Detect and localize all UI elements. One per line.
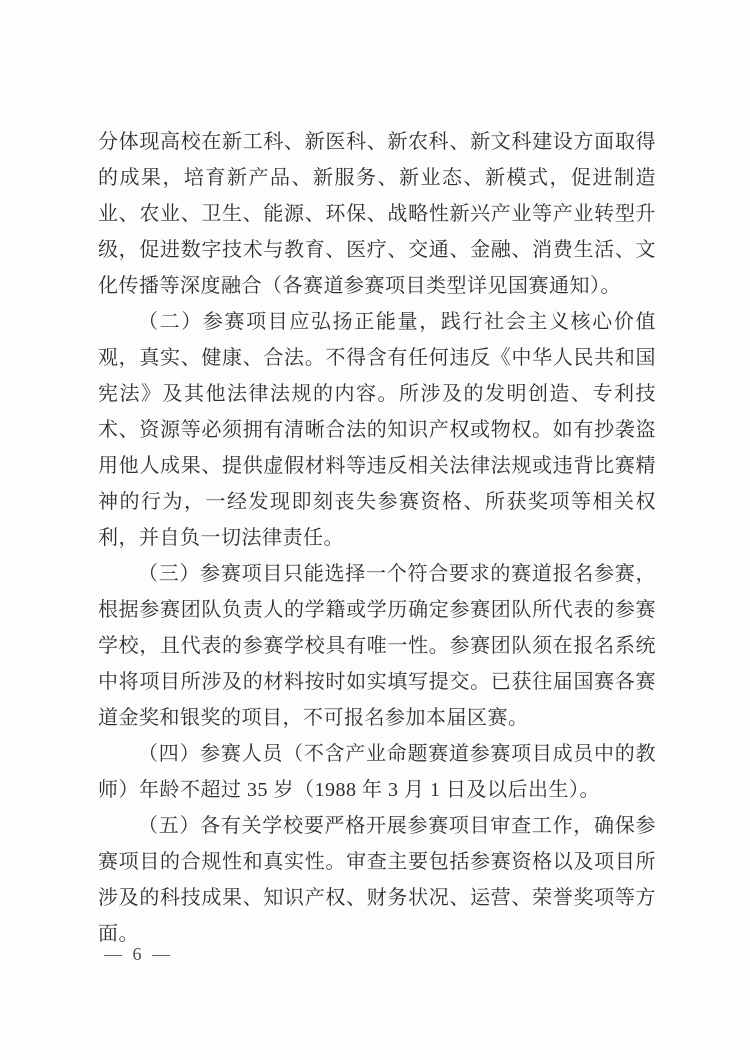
paragraph: 分体现高校在新工科、新医科、新农科、新文科建设方面取得的成果，培育新产品、新服务… bbox=[98, 124, 656, 304]
page-number: — 6 — bbox=[104, 938, 173, 970]
document-body: 分体现高校在新工科、新医科、新农科、新文科建设方面取得的成果，培育新产品、新服务… bbox=[98, 124, 656, 952]
paragraph: （三）参赛项目只能选择一个符合要求的赛道报名参赛，根据参赛团队负责人的学籍或学历… bbox=[98, 556, 656, 736]
document-page: 分体现高校在新工科、新医科、新农科、新文科建设方面取得的成果，培育新产品、新服务… bbox=[0, 0, 750, 1060]
paragraph: （二）参赛项目应弘扬正能量，践行社会主义核心价值观，真实、健康、合法。不得含有任… bbox=[98, 304, 656, 556]
paragraph: （五）各有关学校要严格开展参赛项目审查工作，确保参赛项目的合规性和真实性。审查主… bbox=[98, 808, 656, 952]
paragraph: （四）参赛人员（不含产业命题赛道参赛项目成员中的教师）年龄不超过 35 岁（19… bbox=[98, 736, 656, 808]
